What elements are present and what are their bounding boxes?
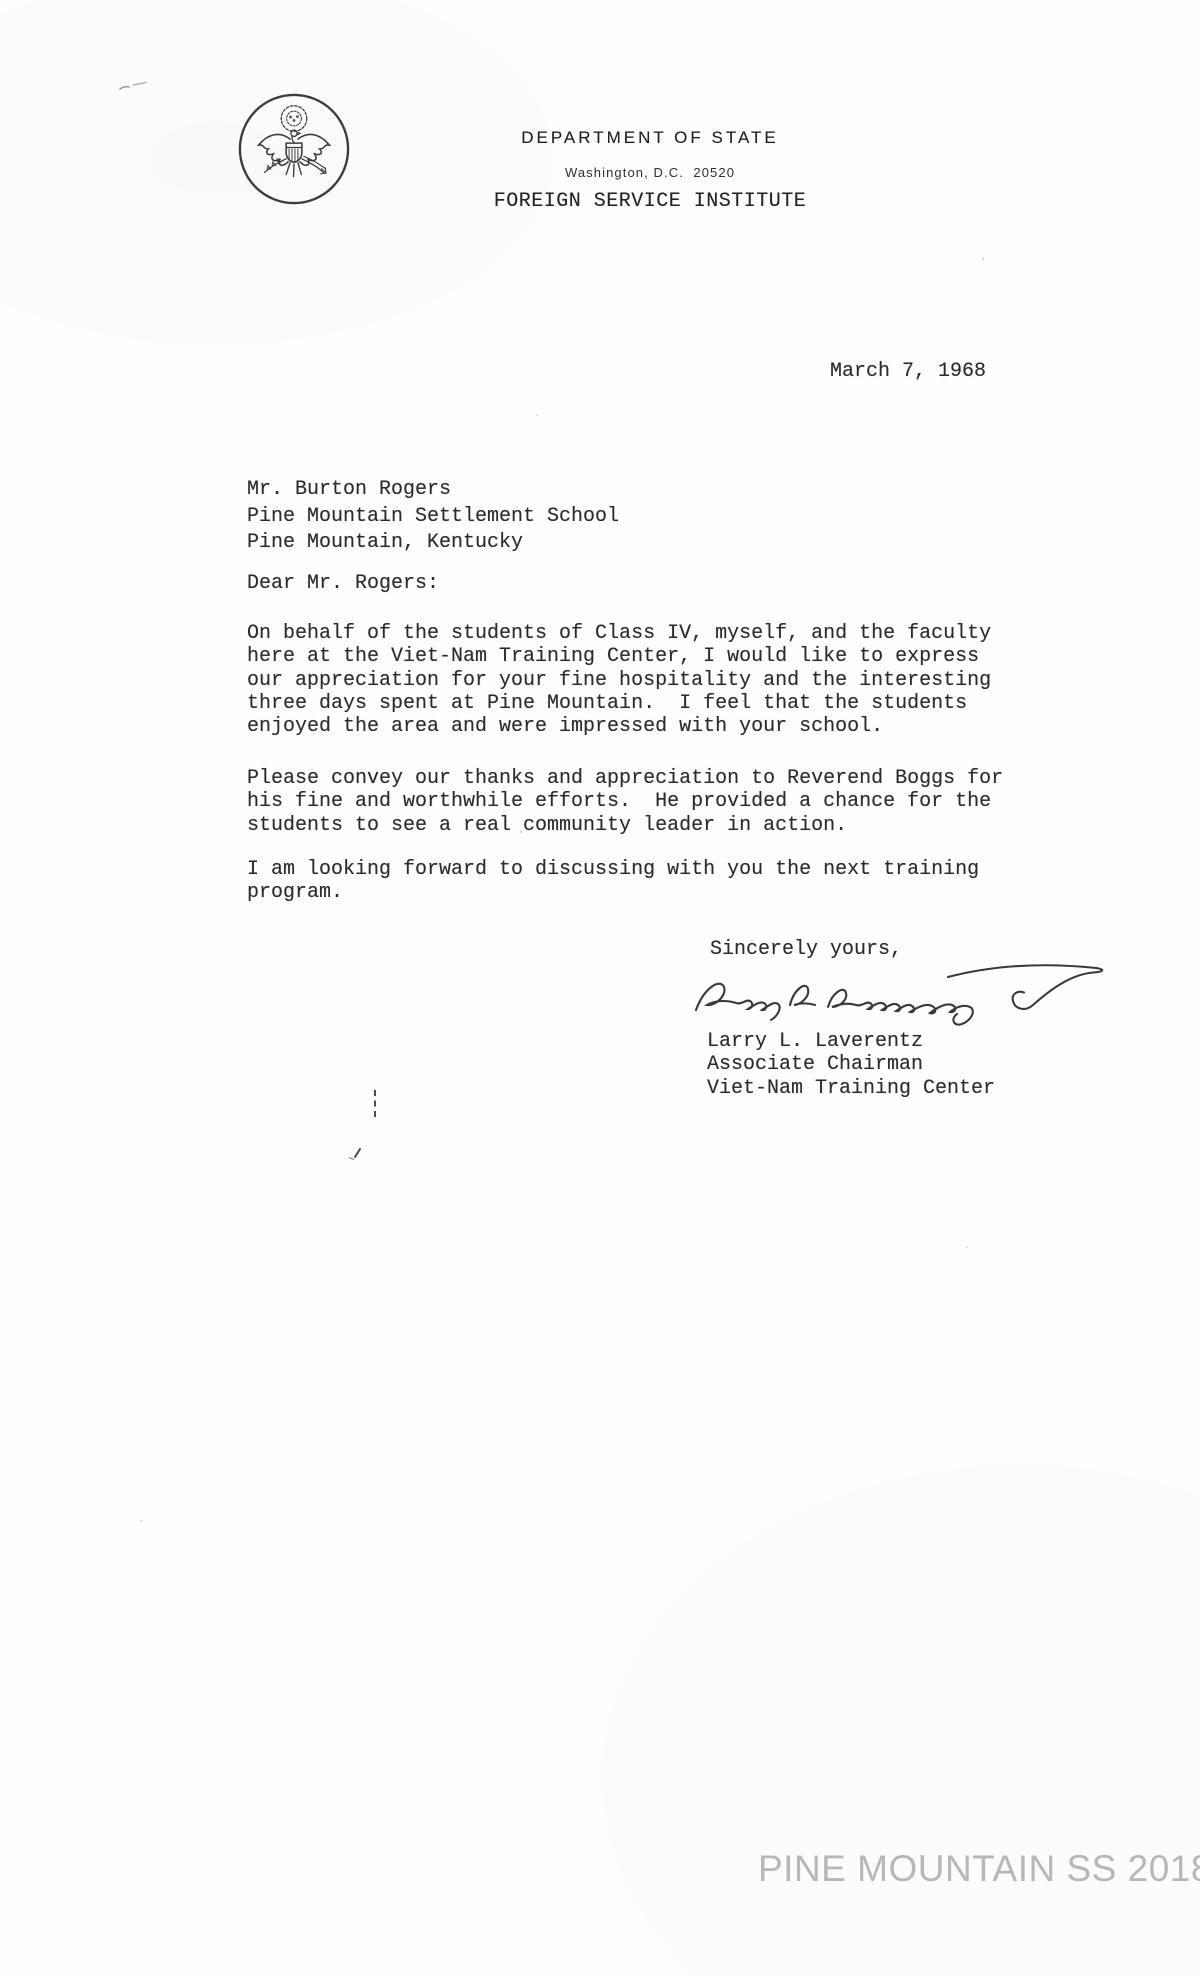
scan-speck xyxy=(742,700,744,702)
scan-speck xyxy=(982,258,984,260)
foreign-service-institute-line: FOREIGN SERVICE INSTITUTE xyxy=(300,190,1000,213)
letterhead-city-line: Washington, D.C. 20520 xyxy=(300,165,1000,180)
recipient-address: Mr. Burton Rogers Pine Mountain Settleme… xyxy=(247,477,847,557)
scan-artifact-tick xyxy=(354,1148,362,1158)
scan-artifact-tick-small xyxy=(349,1157,354,1160)
scan-artifact-dash xyxy=(374,1090,376,1117)
letter-paragraph-2: Please convey our thanks and appreciatio… xyxy=(247,767,1037,837)
letter-date: March 7, 1968 xyxy=(830,360,986,383)
scan-speck xyxy=(966,1246,968,1248)
letter-paragraph-3: I am looking forward to discussing with … xyxy=(247,858,1037,905)
department-of-state-title: DEPARTMENT OF STATE xyxy=(300,128,1000,148)
scan-speck xyxy=(536,414,538,416)
signer-identity-block: Larry L. Laverentz Associate Chairman Vi… xyxy=(707,1030,1127,1100)
salutation: Dear Mr. Rogers: xyxy=(247,572,439,595)
watermark-credit: PINE MOUNTAIN SS 2018 xyxy=(758,1848,1200,1890)
scan-speck xyxy=(520,831,522,833)
pencil-mark xyxy=(118,78,152,94)
scan-speck xyxy=(140,1520,142,1522)
signature-scribble-icon xyxy=(690,956,1110,1034)
scanned-letter-document: DEPARTMENT OF STATE Washington, D.C. 205… xyxy=(0,0,1200,1976)
letter-paragraph-1: On behalf of the students of Class IV, m… xyxy=(247,622,1037,738)
